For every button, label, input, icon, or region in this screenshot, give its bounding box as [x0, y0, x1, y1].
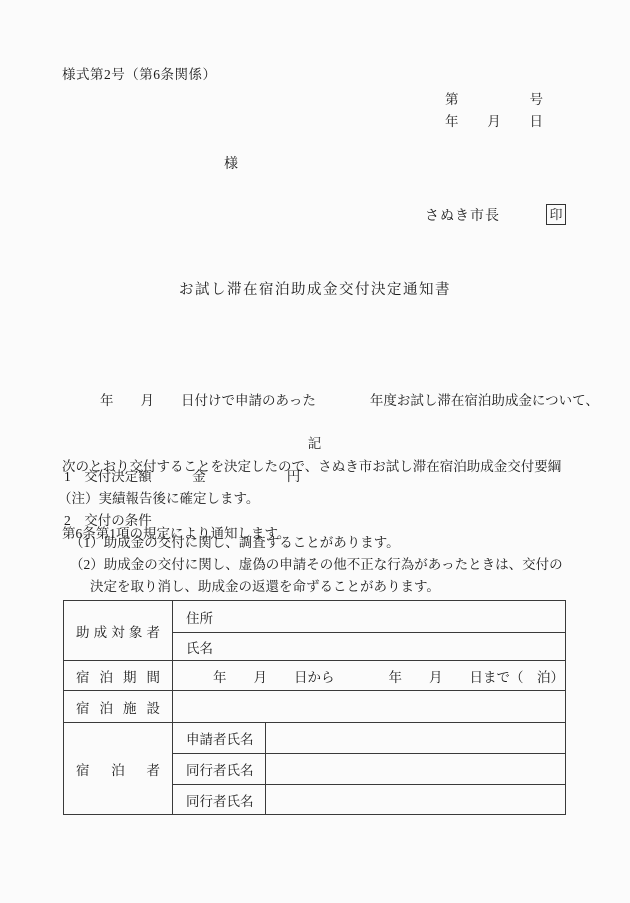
condition-item-1: （1）助成金の交付に関し、調査することがあります。 [70, 535, 400, 551]
table-row: 宿泊者 申請者氏名 [64, 723, 566, 754]
period-label-cell: 宿泊期間 [64, 661, 173, 691]
guest-row-label-cell: 同行者氏名 [173, 754, 266, 785]
facility-value-cell [173, 691, 566, 723]
condition-item-2-line2: 決定を取り消し、助成金の返還を命ずることがあります。 [90, 579, 440, 595]
body-paragraph: 年 月 日付けで申請のあった 年度お試し滞在宿泊助成金について、 次のとおり交付… [62, 345, 574, 590]
official-seal: 印 [546, 204, 566, 225]
condition-item-2-line1: （2）助成金の交付に関し、虚偽の申請その他不正な行為があったときは、交付の [70, 557, 563, 573]
date-day-label: 日 [530, 110, 544, 130]
date-month-label: 月 [487, 110, 501, 130]
date-year-label: 年 [445, 110, 459, 130]
table-row: 助成対象者 住所 [64, 601, 566, 633]
body-line: 年 月 日付けで申請のあった 年度お試し滞在宿泊助成金について、 [62, 390, 574, 412]
grant-amount-line: 1 交付決定額 金 円 [64, 469, 300, 485]
details-table: 助成対象者 住所 氏名 宿泊期間 年 月 日から 年 月 日まで（ 泊） 宿泊施… [63, 600, 566, 815]
table-row: 宿泊施設 [64, 691, 566, 723]
ki-heading: 記 [0, 432, 630, 452]
recipient-name-cell: 氏名 [173, 633, 566, 661]
facility-label-cell: 宿泊施設 [64, 691, 173, 723]
doc-number-prefix: 第 [445, 88, 459, 108]
note-line: （注）実績報告後に確定します。 [58, 491, 259, 507]
guests-label-cell: 宿泊者 [64, 723, 173, 815]
period-value-cell: 年 月 日から 年 月 日まで（ 泊） [173, 661, 566, 691]
conditions-heading: 2 交付の条件 [64, 513, 152, 529]
document-title: お試し滞在宿泊助成金交付決定通知書 [0, 278, 630, 299]
issue-date-line: 年 月 日 [445, 110, 543, 130]
sender-name: さぬき市長 [425, 205, 500, 225]
document-page: 様式第2号（第6条関係） 第 号 年 月 日 様 さぬき市長 印 お試し滞在宿泊… [0, 0, 630, 903]
form-number: 様式第2号（第6条関係） [62, 63, 217, 83]
guest-row-value-cell [266, 754, 566, 785]
addressee-honorific: 様 [224, 153, 238, 173]
doc-number-suffix: 号 [530, 88, 544, 108]
doc-number-line: 第 号 [445, 88, 543, 108]
recipient-address-cell: 住所 [173, 601, 566, 633]
guest-row-value-cell [266, 723, 566, 754]
guest-row-label-cell: 申請者氏名 [173, 723, 266, 754]
guest-row-value-cell [266, 785, 566, 815]
table-row: 宿泊期間 年 月 日から 年 月 日まで（ 泊） [64, 661, 566, 691]
recipient-label-cell: 助成対象者 [64, 601, 173, 661]
guest-row-label-cell: 同行者氏名 [173, 785, 266, 815]
